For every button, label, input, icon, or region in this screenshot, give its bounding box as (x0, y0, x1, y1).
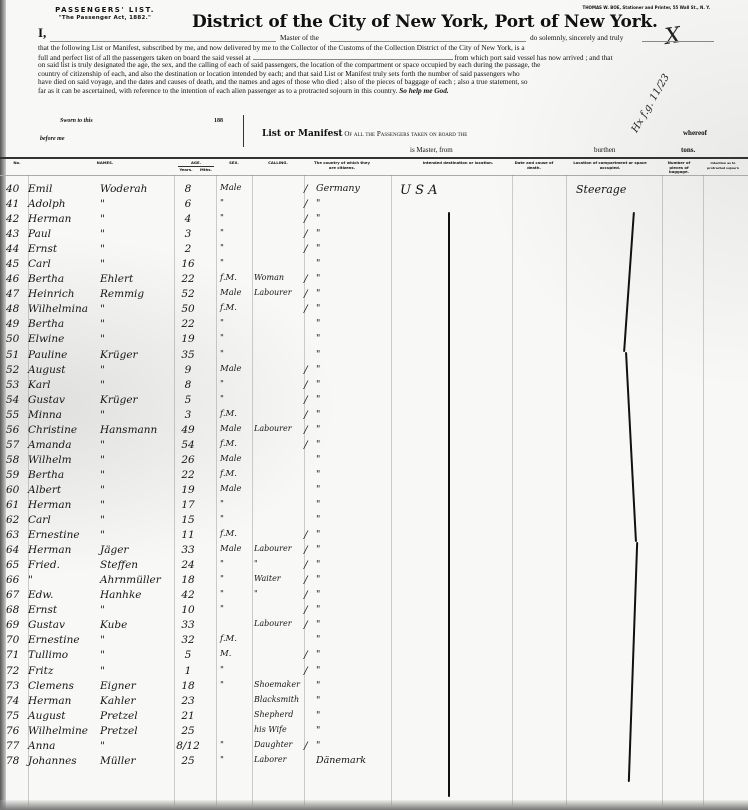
age: 25 (176, 755, 200, 767)
calling: " (254, 589, 302, 598)
sex: " (220, 499, 252, 509)
age: 11 (176, 529, 200, 541)
age: 2 (176, 243, 200, 255)
burthen-label: burthen (594, 146, 615, 154)
given-name: Johannes (28, 755, 98, 767)
sex: " (220, 665, 252, 675)
form-label-act: "The Passenger Act, 1882." (40, 15, 170, 21)
tick-mark: / (304, 303, 310, 315)
country: " (316, 604, 382, 615)
country: " (316, 439, 382, 450)
row-no: 65 (6, 559, 28, 571)
country: Dänemark (316, 755, 382, 766)
age: 17 (176, 499, 200, 511)
calling: Daughter (254, 740, 302, 749)
manifest-text: Of all the Passengers taken on board the (344, 130, 467, 138)
surname: " (100, 243, 172, 255)
surname: " (100, 604, 172, 616)
table-row: 57Amanda"54f.M./" (0, 439, 748, 454)
col-age-months: Mths. (196, 168, 216, 173)
given-name: August (28, 710, 98, 722)
sex: " (220, 740, 252, 750)
age: 8/12 (176, 740, 200, 752)
oath-master-of: Master of the (280, 34, 319, 43)
table-row: 40EmilWoderah8Male/GermanyU S ASteerage (0, 183, 748, 198)
col-no: No. (8, 161, 26, 166)
given-name: Elwine (28, 333, 98, 345)
row-no: 56 (6, 424, 28, 436)
sex: " (220, 755, 252, 765)
row-no: 72 (6, 665, 28, 677)
country: " (316, 574, 382, 585)
age: 8 (176, 183, 200, 195)
surname: Steffen (100, 559, 172, 571)
calling: Shoemaker (254, 680, 302, 689)
oath-text: I, Master of the do solemnly, sincerely … (38, 32, 714, 96)
age: 33 (176, 619, 200, 631)
table-row: 69GustavKube33Labourer/" (0, 619, 748, 634)
manifest-heading: List or Manifest Of all the Passengers t… (262, 129, 467, 139)
form-label: PASSENGERS' LIST. "The Passenger Act, 18… (40, 6, 170, 21)
row-no: 67 (6, 589, 28, 601)
given-name: Gustav (28, 619, 98, 631)
table-row: 55Minna"3f.M./" (0, 409, 748, 424)
col-age-years: Years. (176, 168, 196, 173)
surname: " (100, 258, 172, 270)
table-row: 46BerthaEhlert22f.M.Woman/" (0, 273, 748, 288)
given-name: Emil (28, 183, 98, 195)
given-name: " (28, 574, 98, 586)
country: " (316, 303, 382, 314)
table-row: 50Elwine"19"" (0, 333, 748, 348)
sex: " (220, 258, 252, 268)
given-name: Clemens (28, 680, 98, 692)
age: 9 (176, 364, 200, 376)
age: 22 (176, 318, 200, 330)
oath-closing: So help me God. (399, 86, 448, 95)
given-name: Edw. (28, 589, 98, 601)
row-no: 52 (6, 364, 28, 376)
tick-mark: / (304, 183, 310, 195)
age: 19 (176, 484, 200, 496)
country: " (316, 710, 382, 721)
row-no: 60 (6, 484, 28, 496)
surname: " (100, 634, 172, 646)
table-row: 75AugustPretzel21Shepherd" (0, 710, 748, 725)
given-name: Fritz (28, 665, 98, 677)
age: 33 (176, 544, 200, 556)
table-row: 78JohannesMüller25"LaborerDänemark (0, 755, 748, 770)
row-no: 63 (6, 529, 28, 541)
surname: " (100, 198, 172, 210)
oath-blank-end (642, 35, 714, 42)
oath-solemnly: do solemnly, sincerely and truly (530, 34, 623, 43)
country: " (316, 680, 382, 691)
surname: " (100, 333, 172, 345)
age: 26 (176, 454, 200, 466)
printer-imprint: THOMAS W. BOE, Stationer and Printer, 55… (582, 5, 710, 10)
country: " (316, 198, 382, 209)
country: " (316, 379, 382, 390)
sex: " (220, 394, 252, 404)
sworn-year: 188 (214, 118, 223, 124)
age: 54 (176, 439, 200, 451)
table-row: 52August"9Male/" (0, 364, 748, 379)
form-label-title: PASSENGERS' LIST. (40, 6, 170, 14)
calling: Labourer (254, 424, 302, 433)
row-no: 49 (6, 318, 28, 330)
table-row: 72Fritz"1"/" (0, 665, 748, 680)
sex: Male (220, 288, 252, 298)
tick-mark: / (304, 424, 310, 436)
row-no: 69 (6, 619, 28, 631)
tick-mark: / (304, 589, 310, 601)
calling: Waiter (254, 574, 302, 583)
given-name: Pauline (28, 349, 98, 361)
page-title: District of the City of New York, Port o… (192, 12, 532, 32)
row-no: 57 (6, 439, 28, 451)
surname: " (100, 228, 172, 240)
table-row: 63Ernestine"11f.M./" (0, 529, 748, 544)
age: 35 (176, 349, 200, 361)
sex: Male (220, 544, 252, 554)
calling: Labourer (254, 288, 302, 297)
surname: Hansmann (100, 424, 172, 436)
surname: " (100, 213, 172, 225)
calling: Woman (254, 273, 302, 282)
age: 10 (176, 604, 200, 616)
country: " (316, 634, 382, 645)
country: Germany (316, 183, 382, 194)
surname: " (100, 439, 172, 451)
sex: M. (220, 649, 252, 659)
sex: " (220, 318, 252, 328)
row-no: 46 (6, 273, 28, 285)
sex: " (220, 680, 252, 690)
table-row: 42Herman"4"/" (0, 213, 748, 228)
sworn-brace (243, 115, 246, 147)
age: 5 (176, 649, 200, 661)
surname: " (100, 379, 172, 391)
sex: " (220, 213, 252, 223)
age: 16 (176, 258, 200, 270)
table-row: 66"Ahrnmüller18"Waiter/" (0, 574, 748, 589)
surname: Woderah (100, 183, 172, 195)
tick-mark: / (304, 273, 310, 285)
tick-mark: / (304, 604, 310, 616)
country: " (316, 529, 382, 540)
table-row: 62Carl"15"" (0, 514, 748, 529)
sex: Male (220, 364, 252, 374)
surname: " (100, 364, 172, 376)
tick-mark: / (304, 364, 310, 376)
column-header-rule (0, 175, 748, 176)
tick-mark: / (304, 649, 310, 661)
table-row: 64HermanJäger33MaleLabourer/" (0, 544, 748, 559)
row-no: 68 (6, 604, 28, 616)
vessel-name-blank (330, 35, 526, 42)
given-name: Tullimo (28, 649, 98, 661)
age: 3 (176, 228, 200, 240)
row-no: 55 (6, 409, 28, 421)
age: 42 (176, 589, 200, 601)
given-name: Bertha (28, 469, 98, 481)
surname: Hanhke (100, 589, 172, 601)
row-no: 62 (6, 514, 28, 526)
row-no: 54 (6, 394, 28, 406)
sex: " (220, 228, 252, 238)
country: " (316, 409, 382, 420)
table-row: 71Tullimo"5M./" (0, 649, 748, 664)
calling: Labourer (254, 544, 302, 553)
tick-mark: / (304, 243, 310, 255)
country: " (316, 213, 382, 224)
country: " (316, 469, 382, 480)
surname: " (100, 529, 172, 541)
row-no: 76 (6, 725, 28, 737)
surname: Ehlert (100, 273, 172, 285)
given-name: Herman (28, 213, 98, 225)
age: 32 (176, 634, 200, 646)
row-no: 53 (6, 379, 28, 391)
row-no: 42 (6, 213, 28, 225)
surname: " (100, 469, 172, 481)
table-row: 51PaulineKrüger35"" (0, 349, 748, 364)
country: " (316, 288, 382, 299)
given-name: August (28, 364, 98, 376)
passenger-table: 40EmilWoderah8Male/GermanyU S ASteerage … (0, 183, 748, 770)
tick-mark: / (304, 619, 310, 631)
tick-mark: / (304, 574, 310, 586)
given-name: Paul (28, 228, 98, 240)
sex: f.M. (220, 303, 252, 313)
table-row: 44Ernst"2"/" (0, 243, 748, 258)
row-no: 61 (6, 499, 28, 511)
age: 6 (176, 198, 200, 210)
table-row: 56ChristineHansmann49MaleLabourer/" (0, 424, 748, 439)
given-name: Ernst (28, 604, 98, 616)
row-no: 66 (6, 574, 28, 586)
col-age: AGE. (178, 161, 214, 166)
given-name: Minna (28, 409, 98, 421)
country: " (316, 589, 382, 600)
col-compartment: Location of compartment or space occupie… (570, 161, 650, 170)
given-name: Gustav (28, 394, 98, 406)
sex: " (220, 559, 252, 569)
country: " (316, 725, 382, 736)
row-no: 50 (6, 333, 28, 345)
given-name: Wilhelmine (28, 725, 98, 737)
oath-i: I, (38, 29, 46, 38)
age: 25 (176, 725, 200, 737)
sex: " (220, 243, 252, 253)
country: " (316, 514, 382, 525)
table-row: 45Carl"16"" (0, 258, 748, 273)
surname: Jäger (100, 544, 172, 556)
age: 15 (176, 514, 200, 526)
row-no: 40 (6, 183, 28, 195)
sex: Male (220, 454, 252, 464)
surname: " (100, 499, 172, 511)
country: " (316, 544, 382, 555)
scan-edge-bottom (0, 800, 748, 810)
table-row: 53Karl"8"/" (0, 379, 748, 394)
country: " (316, 394, 382, 405)
surname: Pretzel (100, 725, 172, 737)
table-row: 73ClemensEigner18"Shoemaker" (0, 680, 748, 695)
sex: " (220, 379, 252, 389)
row-no: 47 (6, 288, 28, 300)
col-sex: SEX. (224, 161, 244, 166)
sex: f.M. (220, 529, 252, 539)
calling: Shepherd (254, 710, 302, 719)
before-me-label: before me (40, 136, 65, 142)
country: " (316, 318, 382, 329)
sex: Male (220, 484, 252, 494)
given-name: Herman (28, 544, 98, 556)
sworn-label: Sworn to this (60, 118, 93, 124)
tick-mark: / (304, 740, 310, 752)
sex: " (220, 198, 252, 208)
country: " (316, 228, 382, 239)
col-country: The country of which they are citizens. (312, 161, 372, 170)
destination: U S A (400, 183, 480, 198)
row-no: 44 (6, 243, 28, 255)
sex: " (220, 574, 252, 584)
surname: " (100, 649, 172, 661)
sex: f.M. (220, 273, 252, 283)
table-row: 67Edw.Hanhke42""/" (0, 589, 748, 604)
country: " (316, 619, 382, 630)
surname: " (100, 665, 172, 677)
calling: Laborer (254, 755, 302, 764)
row-no: 45 (6, 258, 28, 270)
given-name: Karl (28, 379, 98, 391)
sex: " (220, 604, 252, 614)
tick-mark: / (304, 379, 310, 391)
col-names: NAMES. (80, 161, 130, 166)
given-name: Christine (28, 424, 98, 436)
row-no: 59 (6, 469, 28, 481)
age: 23 (176, 695, 200, 707)
given-name: Ernestine (28, 529, 98, 541)
given-name: Wilhelm (28, 454, 98, 466)
sex: f.M. (220, 409, 252, 419)
tick-mark: / (304, 228, 310, 240)
calling: Labourer (254, 619, 302, 628)
row-no: 43 (6, 228, 28, 240)
row-no: 74 (6, 695, 28, 707)
tick-mark: / (304, 665, 310, 677)
table-row: 68Ernst"10"/" (0, 604, 748, 619)
given-name: Amanda (28, 439, 98, 451)
surname: Ahrnmüller (100, 574, 172, 586)
age: 1 (176, 665, 200, 677)
col-baggage: Number of pieces of baggage. (664, 161, 694, 175)
col-destination: Intended destination or location. (408, 161, 508, 166)
given-name: Fried. (28, 559, 98, 571)
country: " (316, 258, 382, 269)
sex: " (220, 333, 252, 343)
surname: Remmig (100, 288, 172, 300)
table-row: 61Herman"17"" (0, 499, 748, 514)
age: 50 (176, 303, 200, 315)
country: " (316, 484, 382, 495)
surname: Krüger (100, 349, 172, 361)
age: 24 (176, 559, 200, 571)
surname: Kube (100, 619, 172, 631)
row-no: 77 (6, 740, 28, 752)
country: " (316, 243, 382, 254)
given-name: Heinrich (28, 288, 98, 300)
row-no: 73 (6, 680, 28, 692)
age: 49 (176, 424, 200, 436)
table-row: 49Bertha"22"" (0, 318, 748, 333)
table-row: 74HermanKahler23Blacksmith" (0, 695, 748, 710)
surname: Krüger (100, 394, 172, 406)
given-name: Bertha (28, 318, 98, 330)
tick-mark: / (304, 559, 310, 571)
row-no: 48 (6, 303, 28, 315)
age: 52 (176, 288, 200, 300)
tick-mark: / (304, 213, 310, 225)
table-row: 76WilhelminePretzel25his Wife" (0, 725, 748, 740)
table-row: 58Wilhelm"26Male" (0, 454, 748, 469)
sex: f.M. (220, 634, 252, 644)
row-no: 51 (6, 349, 28, 361)
is-master-label: is Master, from (410, 146, 453, 154)
manifest-title: List or Manifest (262, 129, 343, 139)
given-name: Adolph (28, 198, 98, 210)
given-name: Herman (28, 695, 98, 707)
age: 8 (176, 379, 200, 391)
table-row: 48Wilhelmina"50f.M./" (0, 303, 748, 318)
surname: Kahler (100, 695, 172, 707)
given-name: Ernestine (28, 634, 98, 646)
age: 4 (176, 213, 200, 225)
table-row: 54GustavKrüger5"/" (0, 394, 748, 409)
age: 22 (176, 469, 200, 481)
col-sojourn: Intention as to protracted sojourn (704, 161, 742, 170)
surname: " (100, 484, 172, 496)
row-no: 58 (6, 454, 28, 466)
oath-line-2: that the following List or Manifest, sub… (38, 44, 714, 53)
surname: " (100, 318, 172, 330)
surname: " (100, 740, 172, 752)
given-name: Albert (28, 484, 98, 496)
table-row: 70Ernestine"32f.M." (0, 634, 748, 649)
row-no: 75 (6, 710, 28, 722)
country: " (316, 333, 382, 344)
table-row: 77Anna"8/12"Daughter/" (0, 740, 748, 755)
manifest-page: PASSENGERS' LIST. "The Passenger Act, 18… (0, 0, 748, 810)
surname: " (100, 409, 172, 421)
table-row: 59Bertha"22f.M." (0, 469, 748, 484)
country: " (316, 499, 382, 510)
age: 5 (176, 394, 200, 406)
age: 18 (176, 680, 200, 692)
sex: Male (220, 183, 252, 193)
tick-mark: / (304, 529, 310, 541)
age: 21 (176, 710, 200, 722)
row-no: 64 (6, 544, 28, 556)
oath-line-7: far as it can be ascertained, with refer… (38, 86, 397, 95)
age: 18 (176, 574, 200, 586)
compartment: Steerage (576, 183, 656, 196)
tick-mark: / (304, 198, 310, 210)
calling: Blacksmith (254, 695, 302, 704)
tick-mark: / (304, 409, 310, 421)
